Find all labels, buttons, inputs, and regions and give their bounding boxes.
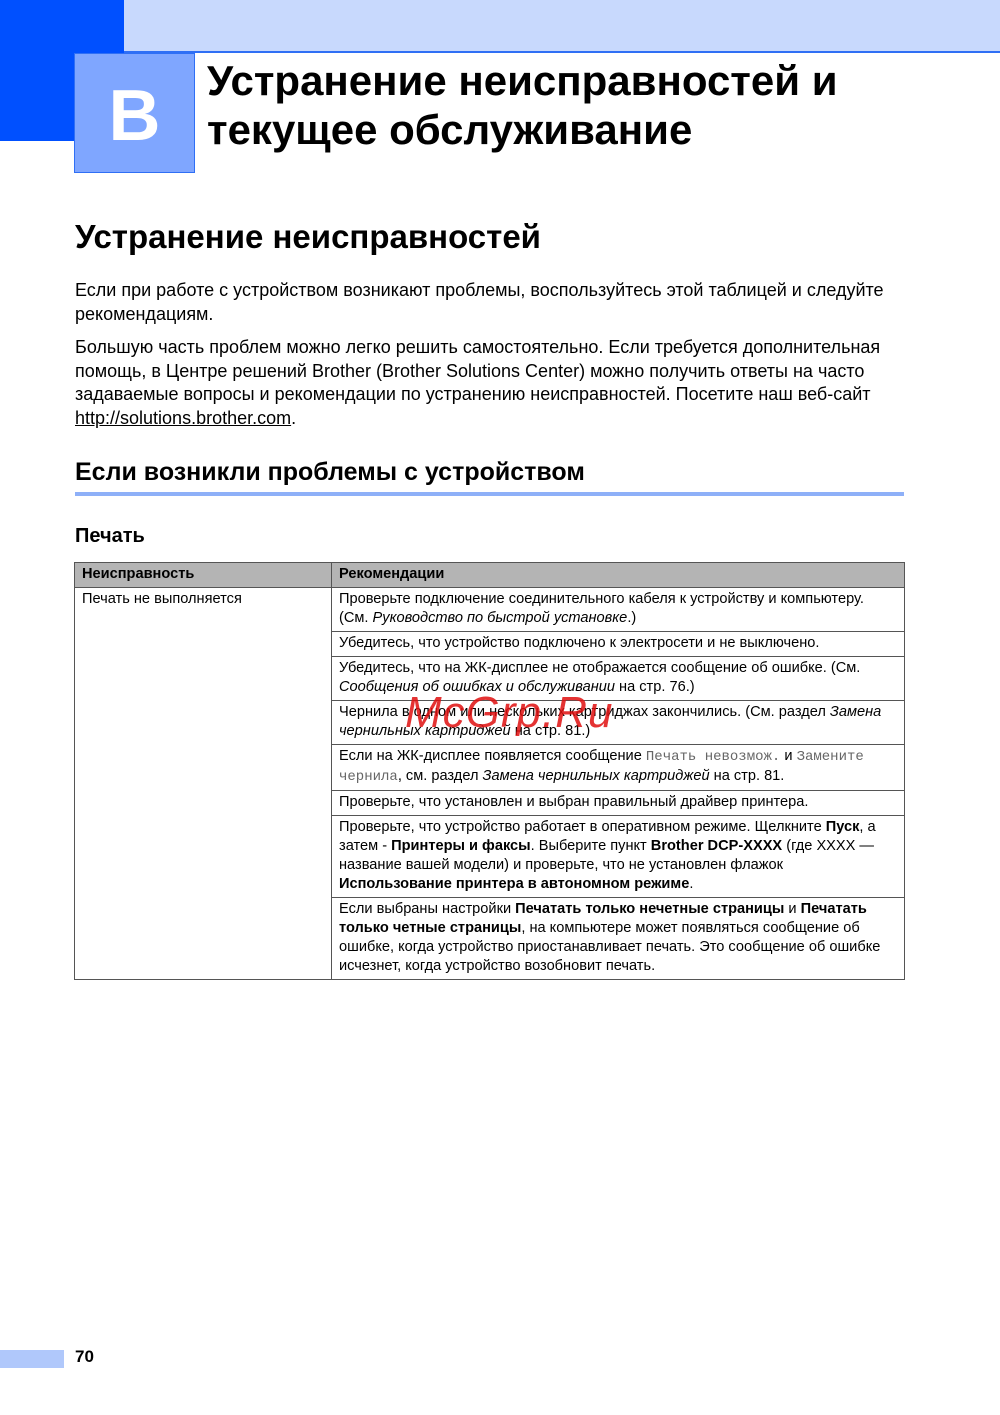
recommendation-cell: Если на ЖК-дисплее появляется сообщение … (332, 745, 905, 791)
page-number: 70 (75, 1347, 94, 1367)
ui-term: Использование принтера в автономном режи… (339, 876, 689, 892)
chapter-letter-badge: B (74, 53, 195, 173)
problem-cell: Печать не выполняется (75, 588, 332, 980)
ui-term: Печатать только нечетные страницы (515, 901, 784, 917)
table-row: Печать не выполняетсяПроверьте подключен… (75, 588, 905, 632)
chapter-title-line2: текущее обслуживание (207, 106, 692, 153)
text-segment: на стр. 76.) (615, 679, 695, 695)
intro-paragraph-2: Большую часть проблем можно легко решить… (75, 336, 905, 430)
recommendation-cell: Чернила в одном или нескольких картриджа… (332, 701, 905, 745)
text-segment: . (689, 876, 693, 892)
troubleshooting-table: Неисправность Рекомендации Печать не вып… (74, 562, 905, 980)
intro-paragraph-2-text: Большую часть проблем можно легко решить… (75, 337, 880, 404)
text-segment: Убедитесь, что устройство подключено к э… (339, 635, 819, 651)
recommendation-cell: Проверьте подключение соединительного ка… (332, 588, 905, 632)
header-band (124, 0, 1000, 53)
reference-text: Руководство по быстрой установке (373, 610, 628, 626)
solutions-link[interactable]: http://solutions.brother.com (75, 408, 291, 428)
reference-text: Замена чернильных картриджей (483, 768, 710, 784)
recommendation-cell: Проверьте, что устройство работает в опе… (332, 816, 905, 898)
text-segment: Чернила в одном или нескольких картриджа… (339, 704, 830, 720)
text-segment: и (780, 748, 796, 764)
category-title: Печать (75, 524, 145, 548)
text-segment: .) (627, 610, 636, 626)
section-title: Устранение неисправностей (75, 216, 541, 258)
column-header-problem: Неисправность (75, 563, 332, 588)
subsection-title: Если возникли проблемы с устройством (75, 456, 904, 496)
ui-term: Brother DCP-XXXX (651, 838, 782, 854)
table-body: Печать не выполняетсяПроверьте подключен… (75, 588, 905, 980)
text-segment: . Выберите пункт (531, 838, 651, 854)
recommendation-cell: Убедитесь, что устройство подключено к э… (332, 632, 905, 657)
recommendation-cell: Убедитесь, что на ЖК-дисплее не отобража… (332, 657, 905, 701)
text-segment: Если выбраны настройки (339, 901, 515, 917)
intro-paragraph-2-end: . (291, 408, 296, 428)
ui-term: Принтеры и факсы (391, 838, 531, 854)
text-segment: , см. раздел (398, 768, 483, 784)
text-segment: и (784, 901, 800, 917)
text-segment: Проверьте, что установлен и выбран прави… (339, 794, 808, 810)
text-segment: на стр. 81. (710, 768, 785, 784)
reference-text: Сообщения об ошибках и обслуживании (339, 679, 615, 695)
recommendation-cell: Проверьте, что установлен и выбран прави… (332, 791, 905, 816)
ui-term: Пуск (826, 819, 860, 835)
footer-accent-bar (0, 1350, 64, 1368)
text-segment: на стр. 81.) (511, 723, 591, 739)
recommendation-cell: Если выбраны настройки Печатать только н… (332, 898, 905, 980)
text-segment: Проверьте, что устройство работает в опе… (339, 819, 826, 835)
table-header-row: Неисправность Рекомендации (75, 563, 905, 588)
lcd-message: Печать невозмож. (646, 749, 780, 765)
column-header-recommendations: Рекомендации (332, 563, 905, 588)
intro-text: Если при работе с устройством возникают … (75, 279, 905, 440)
chapter-title: Устранение неисправностей и текущее обсл… (207, 56, 987, 154)
chapter-title-line1: Устранение неисправностей и (207, 57, 838, 104)
text-segment: Убедитесь, что на ЖК-дисплее не отобража… (339, 660, 860, 676)
intro-paragraph-1: Если при работе с устройством возникают … (75, 279, 905, 326)
text-segment: Если на ЖК-дисплее появляется сообщение (339, 748, 646, 764)
